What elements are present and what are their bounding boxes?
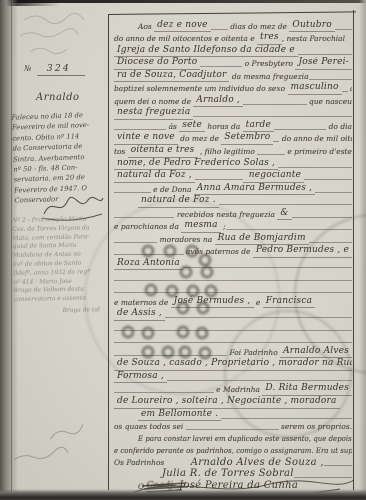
handwritten-text: nome, de Pedro Frederico Solas , xyxy=(114,159,278,171)
page-bottom-edge xyxy=(0,489,366,500)
ruled-blank xyxy=(335,28,352,30)
record-line: tos oitenta e tres , filho legitimo e pr… xyxy=(114,145,352,158)
handwritten-text: Igreja de Santo Ildefonso da cidade e xyxy=(114,46,298,58)
handwritten-text: vinte e nove xyxy=(114,133,178,145)
ruled-blank xyxy=(114,128,166,130)
handwritten-text: Setembro xyxy=(221,133,273,145)
pencil-scribbles xyxy=(8,420,108,475)
handwritten-text: do mez de xyxy=(178,135,222,145)
handwritten-text: tres xyxy=(257,33,282,45)
handwritten-text: Arnaldo , xyxy=(193,96,243,108)
ruled-blank xyxy=(243,103,307,105)
handwritten-text: negociante xyxy=(243,171,304,183)
ruled-blank xyxy=(200,65,242,67)
handwritten-text: nesta freguezia xyxy=(114,108,193,120)
record-number-label: № xyxy=(24,64,32,73)
handwritten-text: dez e nove xyxy=(154,21,211,33)
ruled-blank xyxy=(114,191,151,193)
handwritten-text: oitenta e tres xyxy=(128,146,198,158)
ruled-blank xyxy=(274,128,326,130)
handwritten-text: natural da Foz , xyxy=(114,171,195,183)
ruled-blank xyxy=(193,115,352,117)
record-line: ás sete horas da tarde do dia xyxy=(114,119,352,132)
handwritten-text: tarde xyxy=(243,121,274,133)
record-line: Aos dez e nove dias do mez de Outubro xyxy=(114,19,352,32)
handwritten-text: Diocese do Porto xyxy=(114,58,200,70)
record-number-value: 324 xyxy=(37,63,85,76)
handwritten-text: José Perei- xyxy=(295,58,352,70)
ruled-blank xyxy=(278,166,352,168)
ruled-blank xyxy=(211,28,228,30)
record-line: natural da Foz , negociante xyxy=(114,170,352,183)
ghost-marks xyxy=(16,6,106,66)
record-line: vinte e nove do mez de Setembro do anno … xyxy=(114,132,352,145)
handwritten-text: do anno de mil oitocen- xyxy=(279,135,352,145)
record-line: baptizei solemnemente um individuo do se… xyxy=(114,82,352,95)
record-number: № 324 xyxy=(24,63,85,74)
record-line: do anno de mil oitocentos e oitenta e tr… xyxy=(114,32,352,45)
handwritten-text: sete xyxy=(179,121,205,133)
handwritten-text: & xyxy=(277,209,291,221)
ruled-blank xyxy=(298,53,352,55)
record-line: nome, de Pedro Frederico Solas , xyxy=(114,157,352,170)
frame-top-rule xyxy=(108,11,356,15)
handwritten-text: Anna Amara Bermudes , xyxy=(194,184,315,196)
record-line: quem dei o nome de Arnaldo , que nasceu xyxy=(114,94,352,107)
handwritten-text: Outubro xyxy=(289,21,334,33)
handwritten-text: masculino xyxy=(288,83,342,95)
record-line: Igreja de Santo Ildefonso da cidade e xyxy=(114,44,352,57)
ruled-blank xyxy=(292,216,352,218)
ruled-blank xyxy=(195,178,243,180)
ruled-blank xyxy=(257,153,285,155)
record-line: Diocese do Porto o Presbytero José Perei… xyxy=(114,57,352,70)
record-line: e de Dona Anna Amara Bermudes , xyxy=(114,182,352,195)
record-line: ra de Souza, Coadjutor da mesma freguezi… xyxy=(114,69,352,82)
ruled-blank xyxy=(315,191,352,193)
ruled-blank xyxy=(324,464,352,466)
ruled-blank xyxy=(309,78,352,80)
child-name-margin: Arnaldo xyxy=(36,92,80,103)
scanned-register-page: № 324 Arnaldo Faleceu no dia 18 deFevere… xyxy=(0,0,366,500)
ruled-blank xyxy=(304,178,352,180)
handwritten-text: da mesma freguezia xyxy=(229,73,308,83)
record-line: nesta freguezia xyxy=(114,107,352,120)
ruled-blank xyxy=(219,203,352,205)
handwritten-text: ra de Souza, Coadjutor xyxy=(114,71,229,83)
